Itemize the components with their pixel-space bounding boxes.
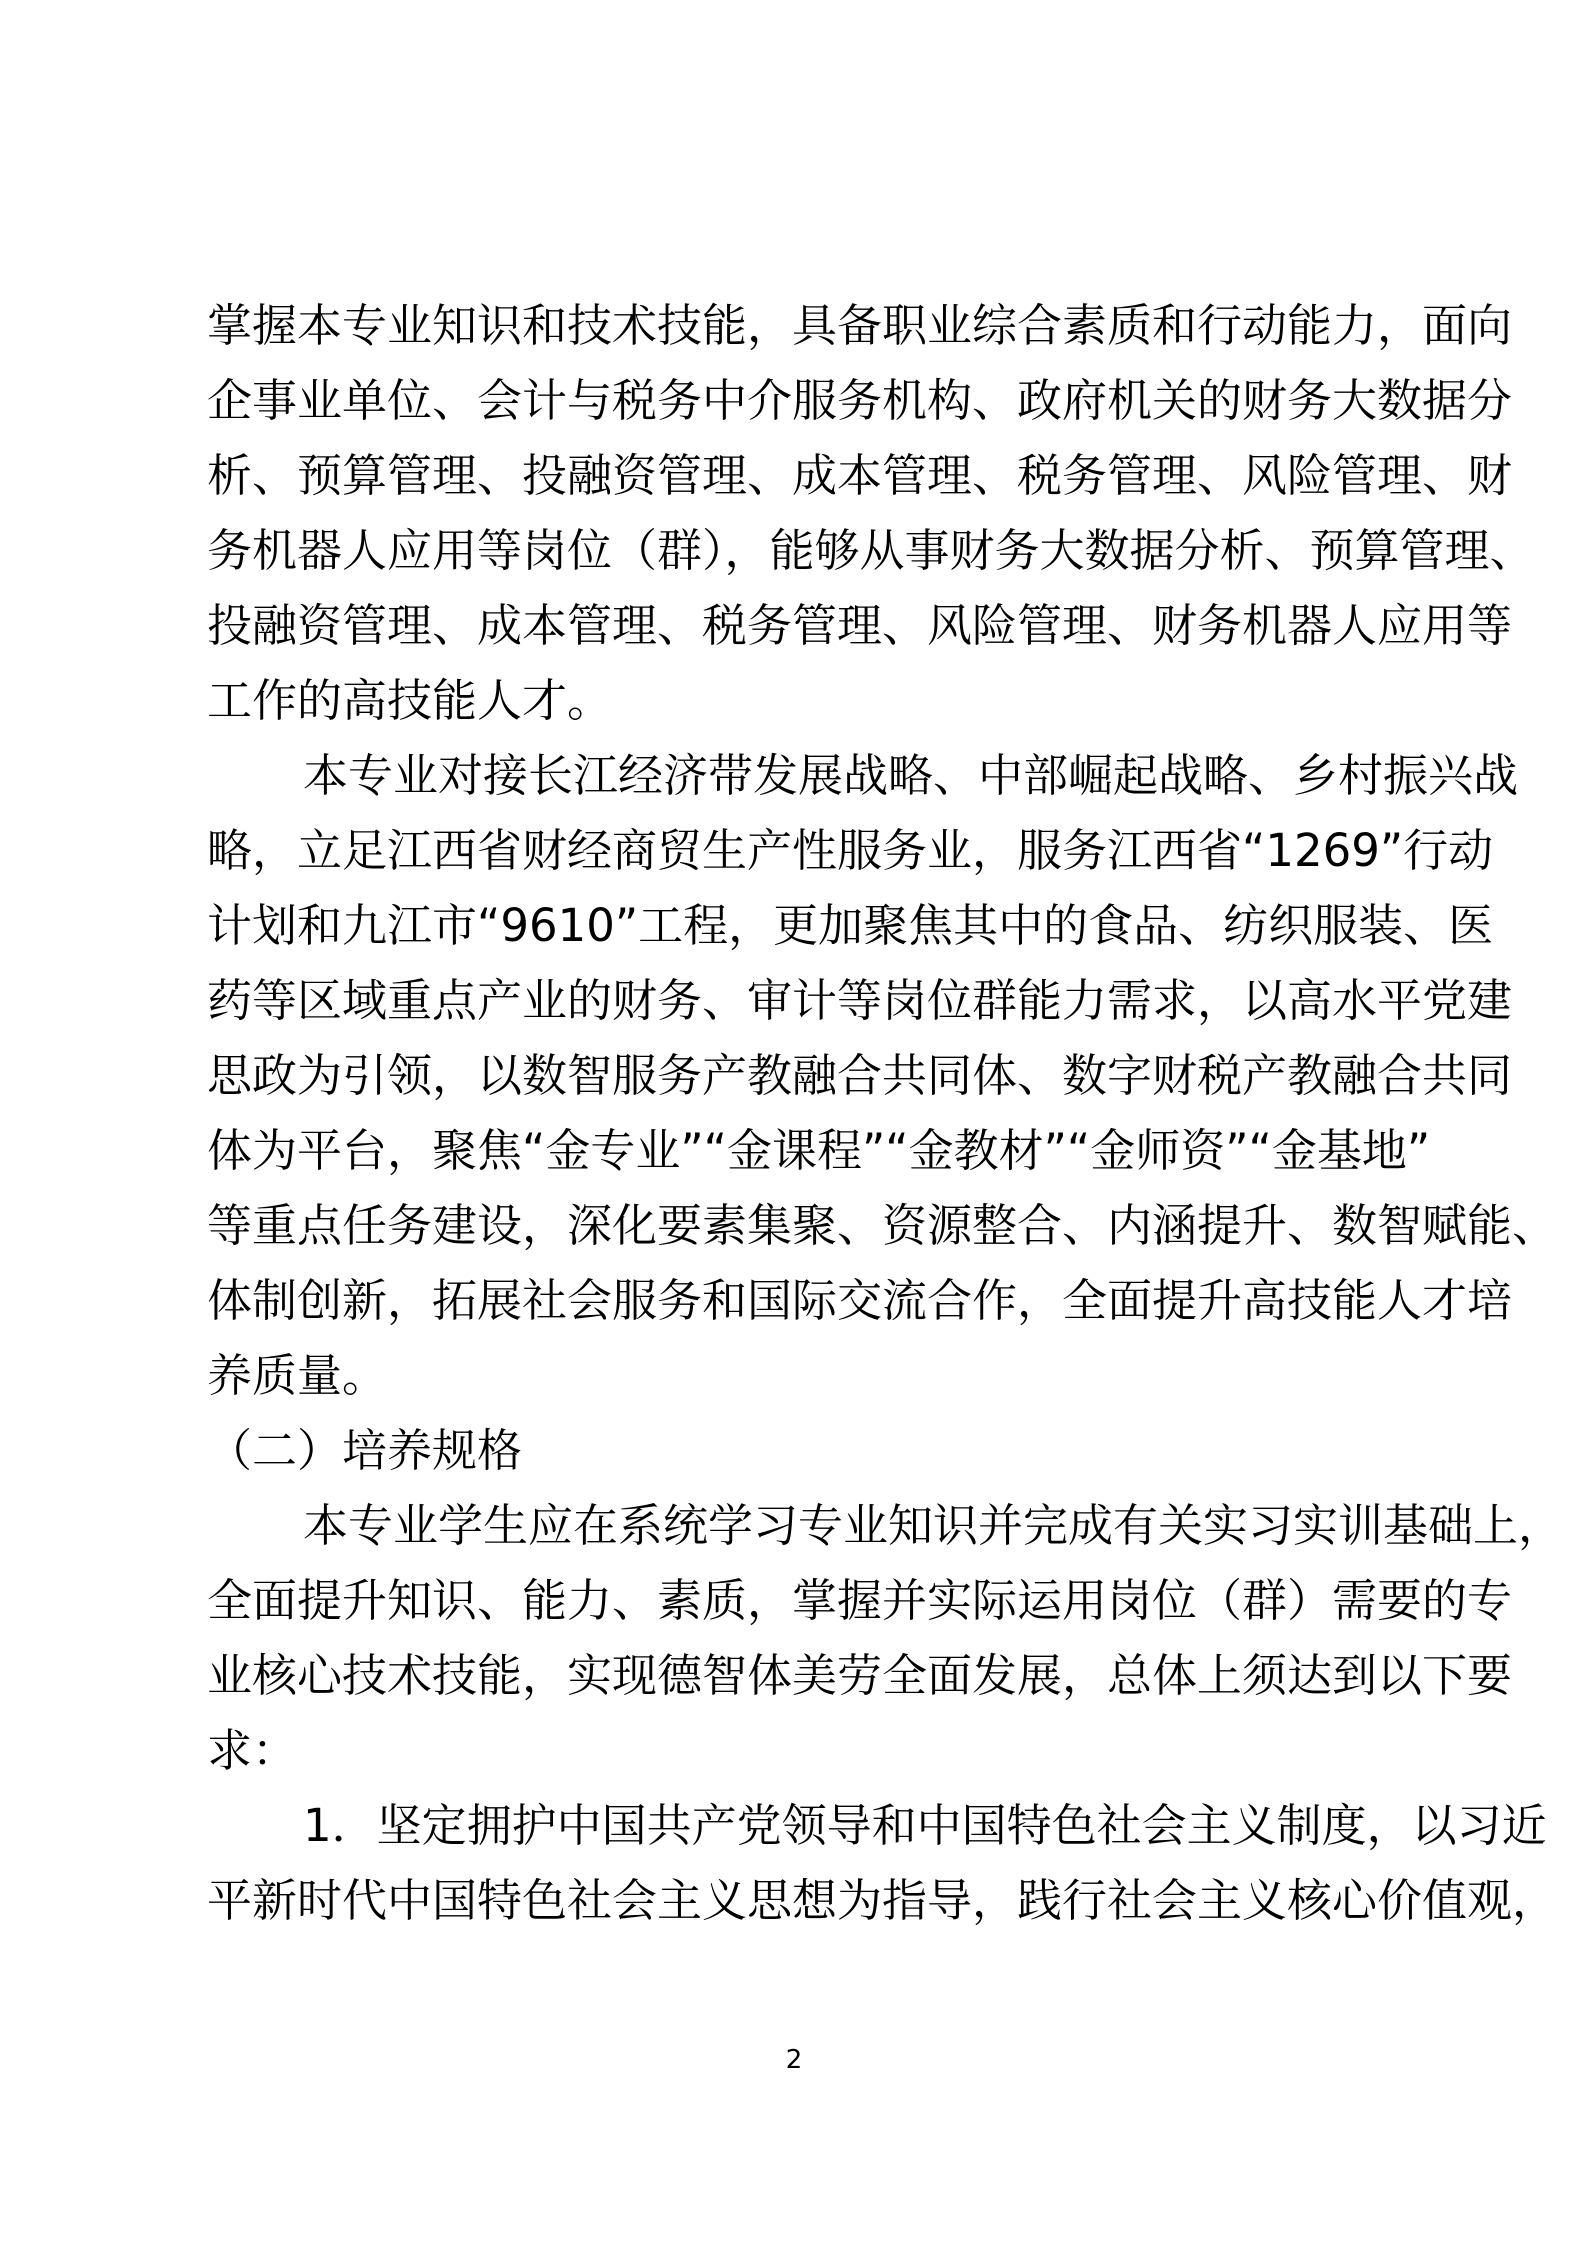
body-text: 掌握本专业知识和技术技能，具备职业综合素质和行动能力，面向 企事业单位、会计与税… <box>207 288 1391 1938</box>
paragraph-requirements-intro: 本专业学生应在系统学习专业知识并完成有关实习实训基础上， 全面提升知识、能力、素… <box>207 1488 1391 1788</box>
text-line: 工作的高技能人才。 <box>207 663 1391 738</box>
section-heading-training-specifications: （二）培养规格 <box>207 1413 1391 1488</box>
document-page: 掌握本专业知识和技术技能，具备职业综合素质和行动能力，面向 企事业单位、会计与税… <box>0 0 1588 2245</box>
text-line: 本专业学生应在系统学习专业知识并完成有关实习实训基础上， <box>207 1488 1391 1563</box>
text-line: 求： <box>207 1713 1391 1788</box>
text-line: 体为平台，聚焦“金专业”“金课程”“金教材”“金师资”“金基地” <box>207 1113 1391 1188</box>
text-line: 务机器人应用等岗位（群），能够从事财务大数据分析、预算管理、 <box>207 513 1391 588</box>
page-number: 2 <box>0 2040 1588 2080</box>
text-line: 体制创新，拓展社会服务和国际交流合作，全面提升高技能人才培 <box>207 1263 1391 1338</box>
text-line: 药等区域重点产业的财务、审计等岗位群能力需求，以高水平党建 <box>207 963 1391 1038</box>
section-heading: （二）培养规格 <box>207 1413 1391 1488</box>
text-line: 计划和九江市“9610”工程，更加聚焦其中的食品、纺织服装、医 <box>207 888 1391 963</box>
text-line: 投融资管理、成本管理、税务管理、风险管理、财务机器人应用等 <box>207 588 1391 663</box>
text-line: 养质量。 <box>207 1338 1391 1413</box>
paragraph-strategy-alignment: 本专业对接长江经济带发展战略、中部崛起战略、乡村振兴战 略，立足江西省财经商贸生… <box>207 738 1391 1413</box>
text-line: 企事业单位、会计与税务中介服务机构、政府机关的财务大数据分 <box>207 363 1391 438</box>
list-item-requirement-1: 1．坚定拥护中国共产党领导和中国特色社会主义制度，以习近 平新时代中国特色社会主… <box>207 1788 1391 1938</box>
text-line: 平新时代中国特色社会主义思想为指导，践行社会主义核心价值观， <box>207 1863 1391 1938</box>
text-line: 略，立足江西省财经商贸生产性服务业，服务江西省“1269”行动 <box>207 813 1391 888</box>
paragraph-training-goal-continuation: 掌握本专业知识和技术技能，具备职业综合素质和行动能力，面向 企事业单位、会计与税… <box>207 288 1391 738</box>
text-line: 思政为引领，以数智服务产教融合共同体、数字财税产教融合共同 <box>207 1038 1391 1113</box>
text-line: 掌握本专业知识和技术技能，具备职业综合素质和行动能力，面向 <box>207 288 1391 363</box>
text-line: 等重点任务建设，深化要素集聚、资源整合、内涵提升、数智赋能、 <box>207 1188 1391 1263</box>
text-line: 业核心技术技能，实现德智体美劳全面发展，总体上须达到以下要 <box>207 1638 1391 1713</box>
text-line: 全面提升知识、能力、素质，掌握并实际运用岗位（群）需要的专 <box>207 1563 1391 1638</box>
text-line: 本专业对接长江经济带发展战略、中部崛起战略、乡村振兴战 <box>207 738 1391 813</box>
text-line: 析、预算管理、投融资管理、成本管理、税务管理、风险管理、财 <box>207 438 1391 513</box>
text-line: 1．坚定拥护中国共产党领导和中国特色社会主义制度，以习近 <box>207 1788 1391 1863</box>
